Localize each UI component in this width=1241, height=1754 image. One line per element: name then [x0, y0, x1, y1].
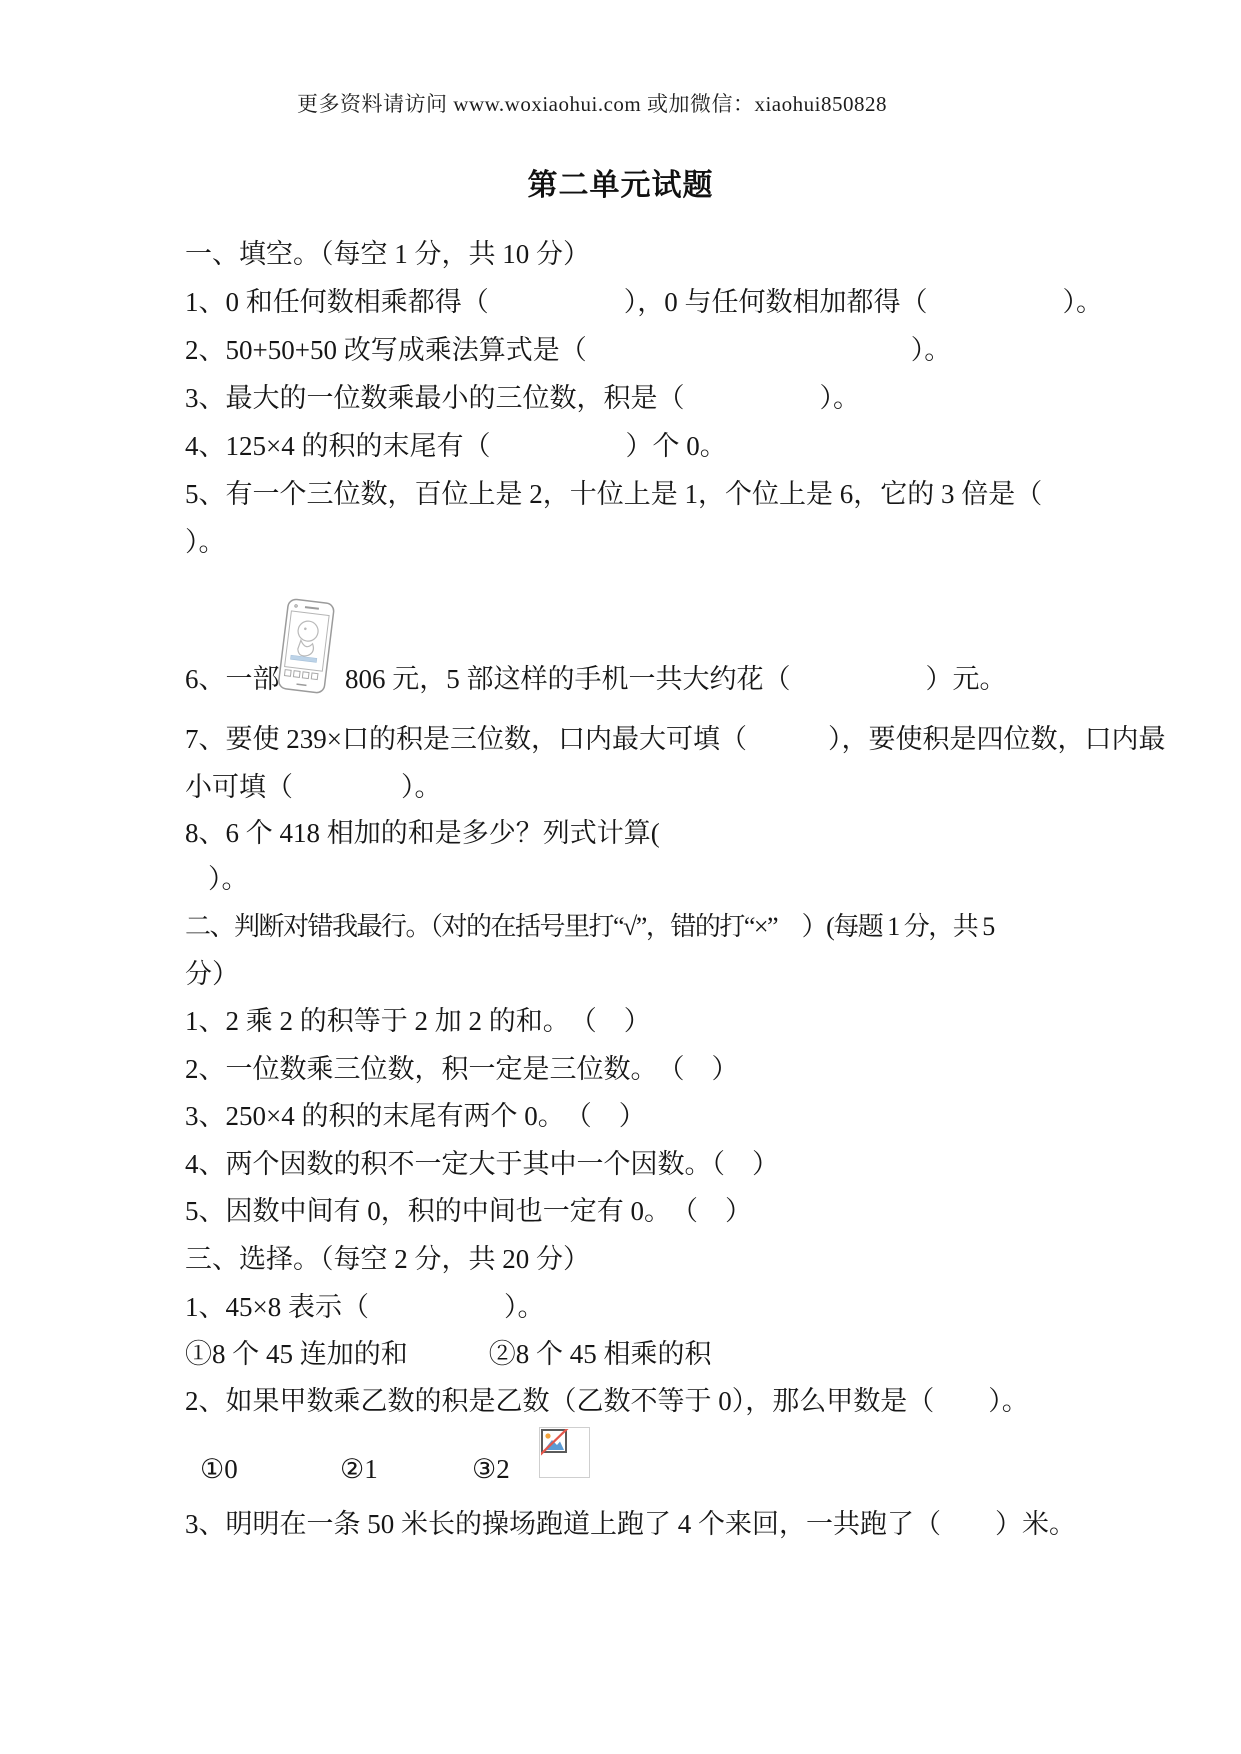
- judge-question-5: 5、因数中间有 0，积的中间也一定有 0。 （ ）: [185, 1195, 752, 1227]
- section-2-heading-line2: 分）: [185, 958, 239, 990]
- fill-question-7-line1: 7、要使 239×口的积是三位数，口内最大可填（ ），要使积是四位数，口内最: [185, 723, 1165, 755]
- broken-image-icon: [541, 1429, 569, 1456]
- section-1-heading: 一、填空。（每空 1 分，共 10 分）: [185, 238, 590, 270]
- fill-question-1: 1、0 和任何数相乘都得（ ），0 与任何数相加都得（ ）。: [185, 286, 1103, 318]
- fill-question-8-line2: ）。: [208, 863, 249, 895]
- section-2-heading-line1: 二、判断对错我最行。（对的在括号里打“√”，错的打“×” ）(每题 1 分，共 …: [185, 911, 994, 943]
- fill-question-6-suffix: 806 元，5 部这样的手机一共大约花（ ）元。: [345, 663, 1007, 695]
- fill-question-5-line1: 5、有一个三位数，百位上是 2，十位上是 1，个位上是 6，它的 3 倍是（: [185, 478, 1042, 510]
- fill-question-5-line2: ）。: [185, 526, 226, 558]
- choice-2-option-3: ③2: [472, 1453, 510, 1485]
- fill-question-2: 2、50+50+50 改写成乘法算式是（ ）。: [185, 334, 951, 366]
- choice-question-3: 3、明明在一条 50 米长的操场跑道上跑了 4 个来回，一共跑了（ ）米。: [185, 1508, 1076, 1540]
- page-title: 第二单元试题: [0, 160, 1241, 204]
- judge-question-3: 3、250×4 的积的末尾有两个 0。 （ ）: [185, 1100, 646, 1132]
- broken-image-placeholder: [539, 1427, 590, 1478]
- phone-illustration-icon: [270, 596, 341, 701]
- choice-question-2: 2、如果甲数乘乙数的积是乙数（乙数不等于 0），那么甲数是（ ）。: [185, 1385, 1029, 1417]
- fill-question-6-prefix: 6、一部: [185, 663, 280, 695]
- judge-question-4: 4、两个因数的积不一定大于其中一个因数。（ ）: [185, 1148, 779, 1180]
- fill-question-3: 3、最大的一位数乘最小的三位数，积是（ ）。: [185, 382, 860, 414]
- judge-question-2: 2、一位数乘三位数，积一定是三位数。 （ ）: [185, 1053, 739, 1085]
- choice-question-1: 1、45×8 表示（ ）。: [185, 1291, 544, 1323]
- section-3-heading: 三、选择。（每空 2 分，共 20 分）: [185, 1243, 590, 1275]
- choice-2-option-1: ①0: [200, 1453, 238, 1485]
- choice-2-option-2: ②1: [340, 1453, 378, 1485]
- promo-text: 更多资料请访问 www.woxiaohui.com 或加微信：xiaohui85…: [0, 88, 1184, 118]
- test-paper-page: 更多资料请访问 www.woxiaohui.com 或加微信：xiaohui85…: [0, 0, 1241, 1754]
- fill-question-8-line1: 8、6 个 418 相加的和是多少？列式计算(: [185, 817, 660, 849]
- fill-question-7-line2: 小可填（ ）。: [185, 771, 442, 803]
- choice-question-1-options: ①8 个 45 连加的和 ②8 个 45 相乘的积: [185, 1338, 712, 1370]
- fill-question-4: 4、125×4 的积的末尾有（ ）个 0。: [185, 430, 727, 462]
- judge-question-1: 1、2 乘 2 的积等于 2 加 2 的和。 （ ）: [185, 1005, 651, 1037]
